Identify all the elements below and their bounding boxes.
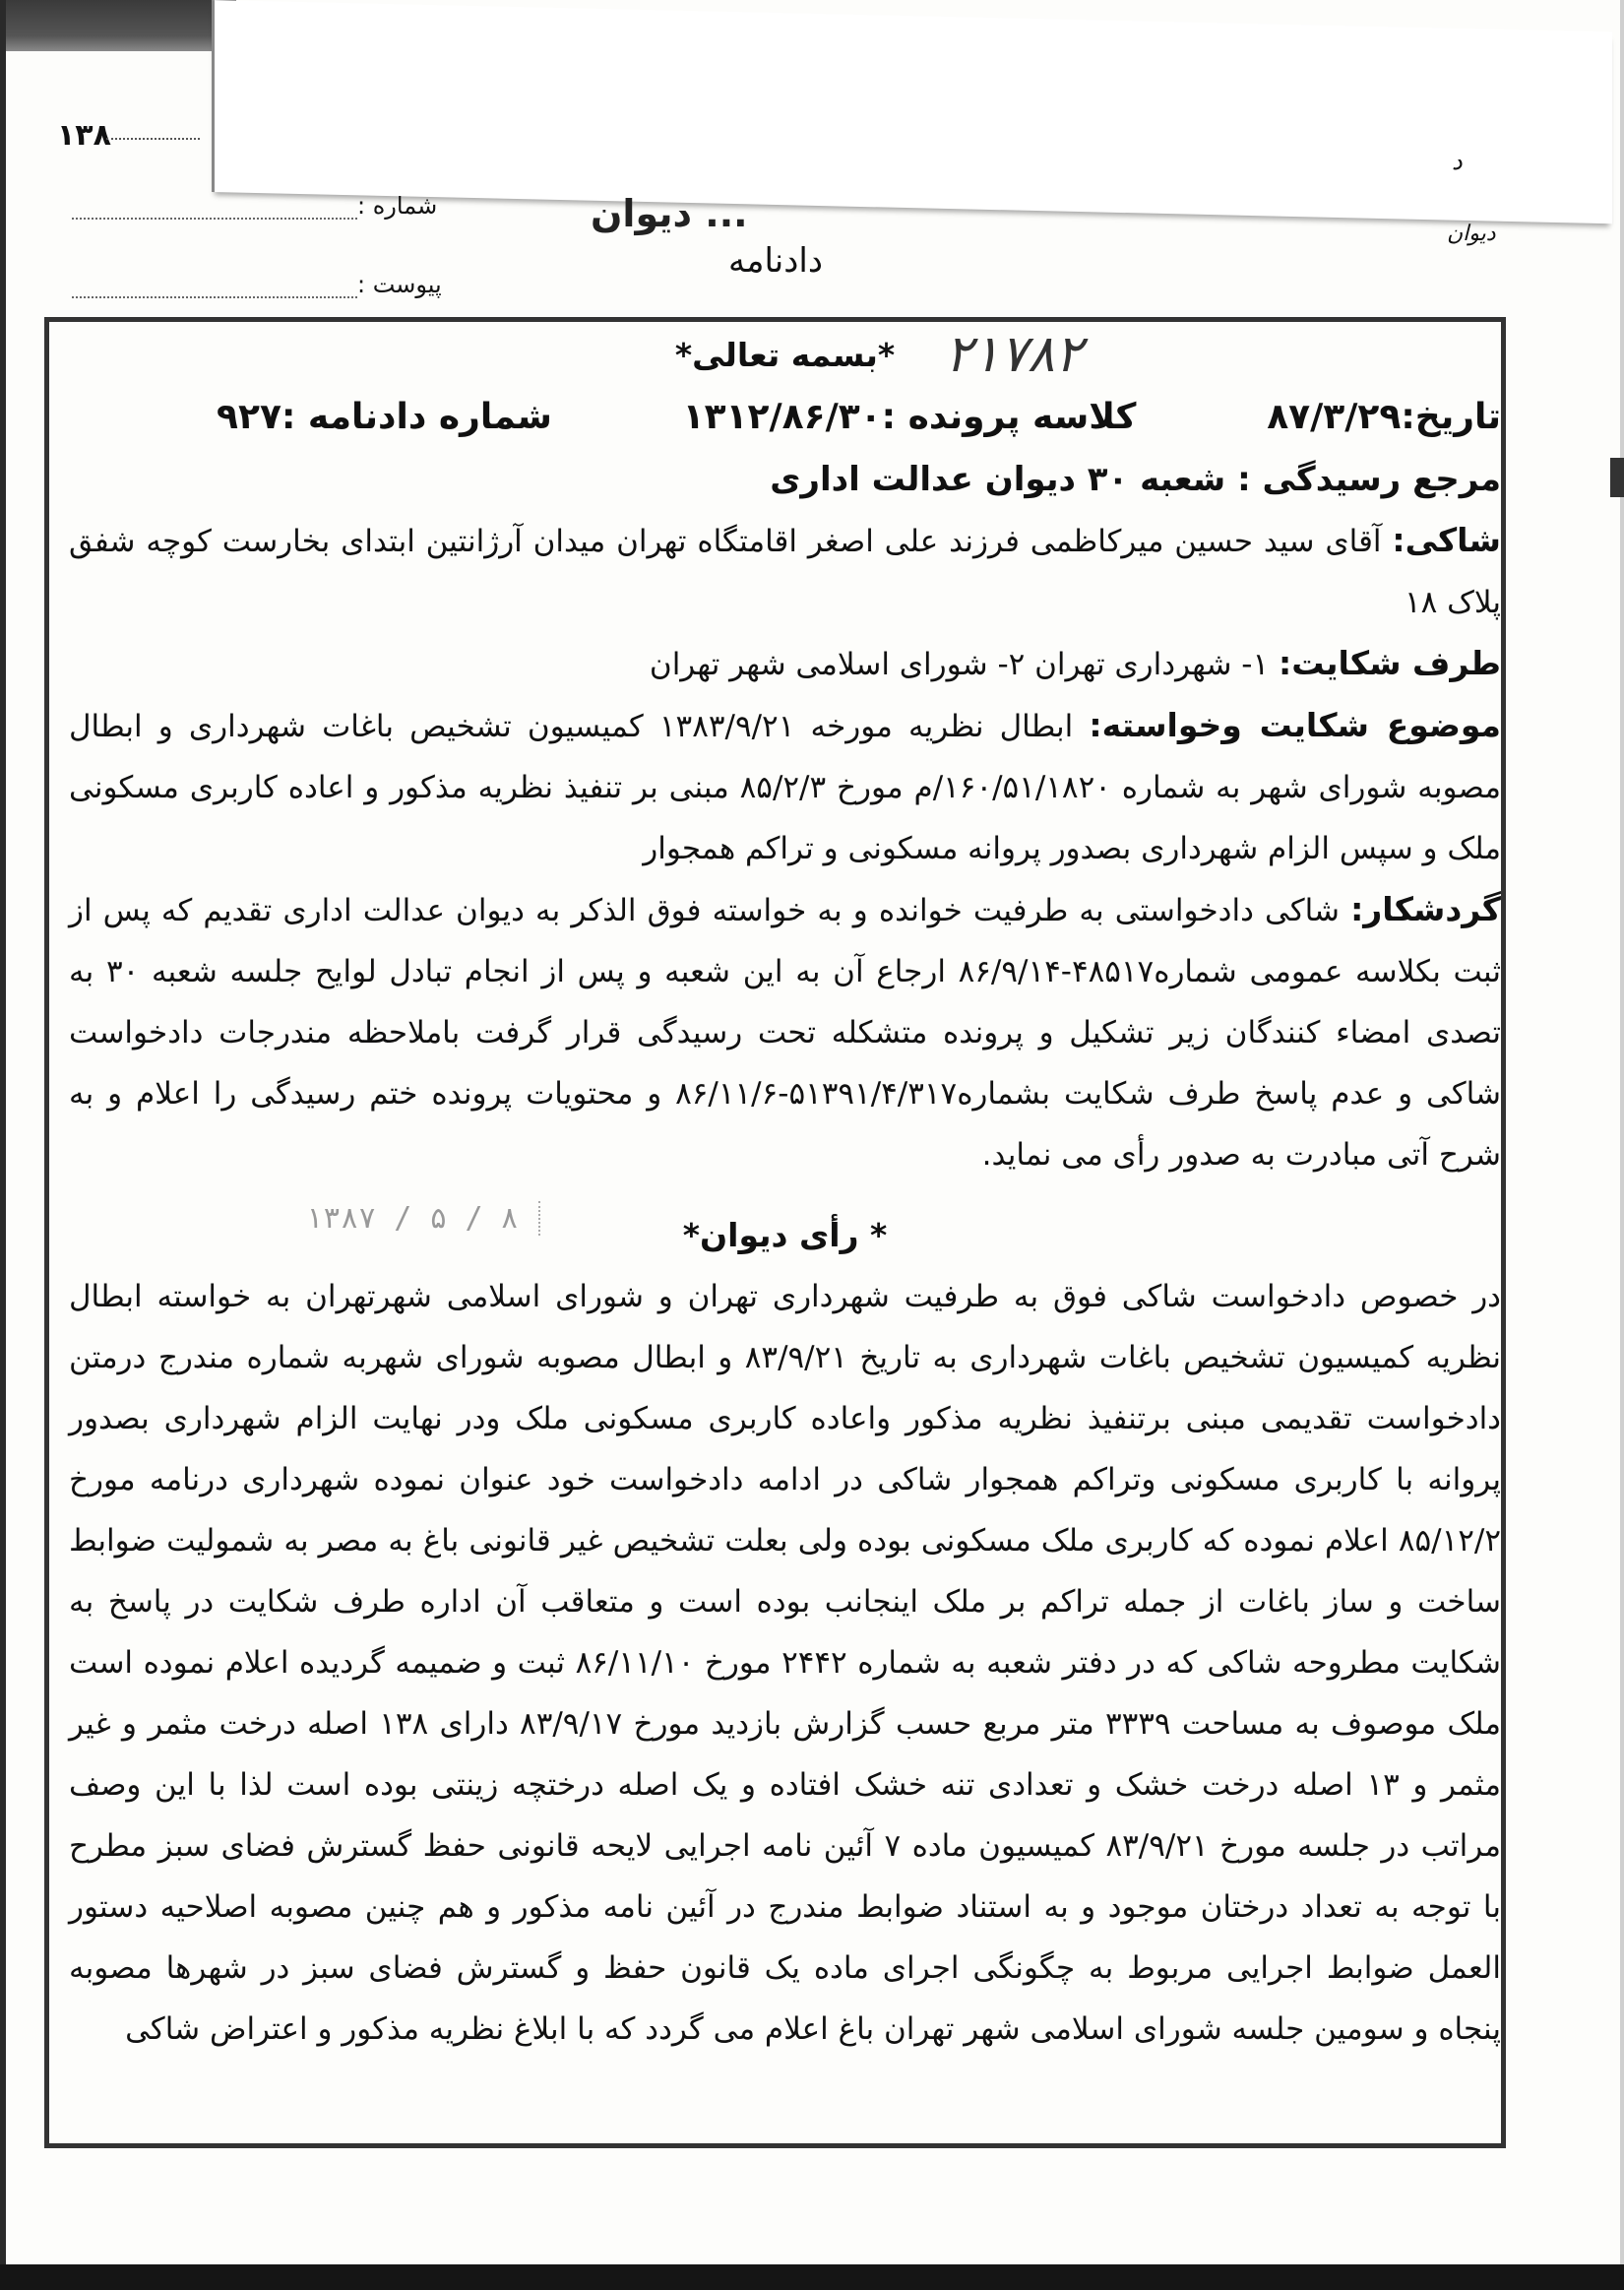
- side-handwritten-mark: د: [1452, 148, 1463, 175]
- page-number-line: [106, 138, 200, 140]
- attachment-label: پیوست :: [357, 271, 442, 298]
- header-partial-title: ... دیوان: [591, 192, 748, 235]
- defendant-value: ۱- شهرداری تهران ۲- شورای اسلامی شهر تهر…: [650, 647, 1269, 682]
- plaintiff-value: آقای سید حسین میرکاظمی فرزند علی اصغر اق…: [69, 524, 1501, 620]
- plaintiff-label: شاکی:: [1392, 521, 1501, 559]
- proceedings-label: گردشکار:: [1350, 890, 1501, 928]
- reference-line: مرجع رسیدگی : شعبه ۳۰ دیوان عدالت اداری: [69, 449, 1501, 510]
- document-body: *بسمه تعالی* تاریخ:۸۷/۳/۲۹ کلاسه پرونده …: [69, 325, 1501, 2060]
- reference-value: شعبه ۳۰ دیوان عدالت اداری: [770, 460, 1225, 499]
- scan-edge-right: [1620, 0, 1624, 2290]
- meta-row: تاریخ:۸۷/۳/۲۹ کلاسه پرونده :۱۳۱۲/۸۶/۳۰ ش…: [69, 386, 1501, 449]
- scan-edge-left: [0, 0, 6, 2290]
- file-class: کلاسه پرونده :۱۳۱۲/۸۶/۳۰: [683, 386, 1137, 449]
- verdict-number: شماره دادنامه :۹۲۷: [217, 386, 552, 449]
- proceedings-paragraph: گردشکار: شاکی دادخواستی به طرفیت خوانده …: [69, 879, 1501, 1185]
- subject-label: موضوع شکایت وخواسته:: [1089, 706, 1501, 744]
- defendant-paragraph: طرف شکایت: ۱- شهرداری تهران ۲- شورای اسل…: [69, 633, 1501, 695]
- number-dotted-line: [72, 218, 357, 220]
- overlapping-paper-sheet: [212, 0, 1612, 223]
- page-number: ۱۳۸: [57, 118, 111, 153]
- proceedings-value: شاکی دادخواستی به طرفیت خوانده و به خواس…: [69, 893, 1501, 1173]
- header-attachment-field: پیوست :: [64, 271, 442, 298]
- subject-paragraph: موضوع شکایت وخواسته: ابطال نظریه مورخه ۱…: [69, 695, 1501, 879]
- plaintiff-paragraph: شاکی: آقای سید حسین میرکاظمی فرزند علی ا…: [69, 510, 1501, 633]
- ruling-paragraph: در خصوص دادخواست شاکی فوق به طرفیت شهردا…: [69, 1266, 1501, 2060]
- defendant-label: طرف شکایت:: [1279, 644, 1501, 682]
- scan-edge-bottom: [0, 2264, 1624, 2290]
- scan-dark-corner: [0, 0, 236, 51]
- document-type: دادنامه: [728, 241, 823, 281]
- invocation: *بسمه تعالی*: [69, 325, 1501, 386]
- attachment-dotted-line: [72, 296, 357, 298]
- scan-right-tab: [1610, 458, 1624, 497]
- ruling-heading: * رأی دیوان*: [69, 1205, 1501, 1266]
- reference-label: مرجع رسیدگی :: [1237, 460, 1501, 499]
- document-date: تاریخ:۸۷/۳/۲۹: [1267, 386, 1501, 449]
- side-handwritten-divan: دیوان: [1447, 222, 1496, 246]
- number-label: شماره :: [357, 192, 437, 220]
- header-number-field: شماره :: [64, 192, 437, 220]
